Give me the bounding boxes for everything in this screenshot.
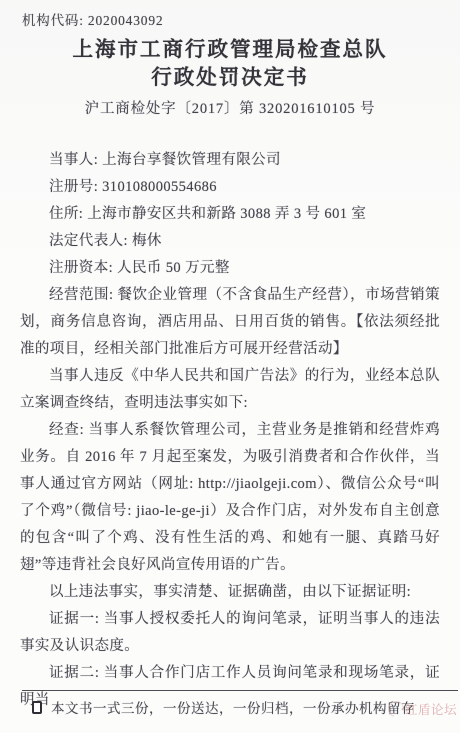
document-title-line-2: 行政处罚决定书 [0,64,460,92]
party-info-line-registered-capital: 注册资本: 人民币 50 万元整 [20,255,440,282]
paragraph-evidence-intro: 以上违法事实，事实清楚、证据确凿，由以下证据证明: [20,579,440,606]
red-shield-forum-logo-icon [385,698,407,720]
footer-note-text: 本文书一式三份，一份送达，一份归档，一份承办机构留存 [51,701,415,716]
paragraph-business-scope: 经营范围: 餐饮企业管理（不含食品生产经营），市场营销策划，商务信息咨询，酒店用… [20,282,440,363]
square-bullet-icon [32,701,42,714]
watermark-text: 红盾论坛 [405,700,457,718]
paragraph-violation-intro: 当事人违反《中华人民共和国广告法》的行为，业经本总队立案调查终结，查明违法事实如… [20,363,440,417]
party-info-line-legal-representative: 法定代表人: 梅休 [20,228,440,255]
scanned-penalty-document: 机构代码: 2020043092 上海市工商行政管理局检查总队 行政处罚决定书 … [0,0,460,733]
org-code-line: 机构代码: 2020043092 [0,0,460,29]
document-body: 当事人: 上海台享餐饮管理有限公司 注册号: 310108000554686 住… [0,147,460,714]
document-reference-number: 沪工商检处字〔2017〕第 320201610105 号 [0,97,460,118]
party-info-line-address: 住所: 上海市静安区共和新路 3088 弄 3 号 601 室 [20,201,440,228]
document-title-line-1: 上海市工商行政管理局检查总队 [0,36,460,64]
party-info-line-registration-number: 注册号: 310108000554686 [20,174,440,201]
watermark: 红盾论坛 [388,700,457,718]
paragraph-evidence-1: 证据一: 当事人授权委托人的询问笔录，证明当事人的违法事实及认识态度。 [20,606,440,660]
party-info-line-name: 当事人: 上海台享餐饮管理有限公司 [20,147,440,174]
paragraph-investigation-findings: 经查: 当事人系餐饮管理公司，主营业务是推销和经营炸鸡业务。自 2016 年 7… [20,417,440,579]
